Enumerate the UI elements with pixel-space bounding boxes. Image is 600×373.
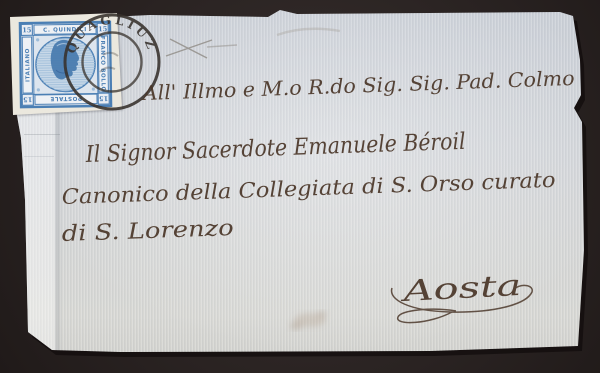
- postmark-date-smudge: [100, 53, 118, 72]
- pencil-x-mark: [166, 39, 237, 58]
- address-title-line-2: di S. Lorenzo: [61, 216, 234, 247]
- ink-smudge: [290, 311, 327, 330]
- address-recipient-line: Il Signor Sacerdote Emanuele Béroil: [84, 129, 466, 168]
- svg-text:QUAGLIUZZO: QUAGLIUZZO: [0, 0, 159, 55]
- destination-text: Aosta: [398, 268, 522, 308]
- address-honorific-line: All' Illmo e M.o R.do Sig. Sig. Pad. Col…: [140, 66, 575, 105]
- postmark: QUAGLIUZZO: [0, 0, 159, 109]
- postmark-town-text: QUAGLIUZZO: [0, 0, 159, 55]
- address-title-line: Canonico della Collegiata di S. Orso cur…: [61, 168, 556, 209]
- photo-background: 15 15 15 15 C. QUINDICI POSTALE ITALIANO…: [0, 0, 600, 373]
- paper-scuff: [277, 29, 340, 35]
